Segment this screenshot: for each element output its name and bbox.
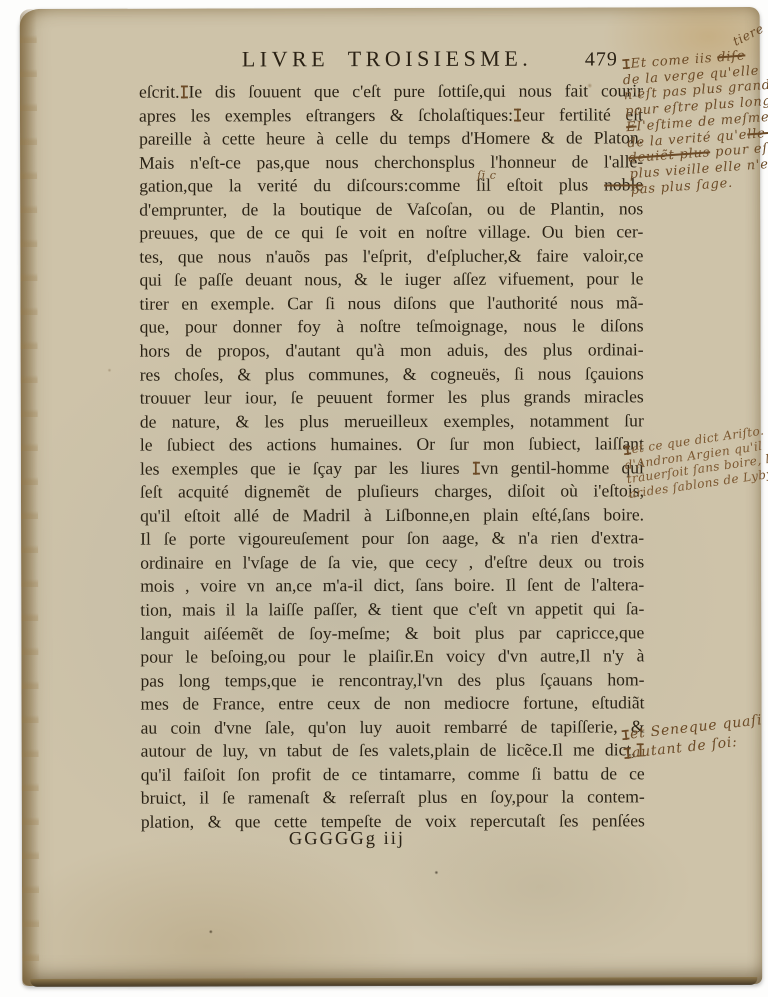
text-line: pareille à cette heure à celle du temps …: [139, 126, 643, 151]
text-line: Il ſe porte vigoureuſement pour ſon aage…: [140, 527, 644, 552]
text-line: languit aiſéemẽt de ſoy-meſme; & boit pl…: [140, 621, 644, 646]
text-line: hors de propos, d'autant qu'à mon aduis,…: [140, 338, 644, 363]
text-line: trouuer leur iour, ſe peuuent former les…: [140, 385, 644, 410]
insertion-mark-icon: [180, 86, 187, 99]
insertion-mark-icon: [622, 729, 630, 740]
text-line: tion, mais il la laiſſe paſſer, & tient …: [140, 597, 644, 622]
text-line: preuues, que de ce qui ſe voit en noſtre…: [139, 221, 643, 246]
body-text-block: eſcrit.Ie dis ſouuent que c'eſt pure ſot…: [139, 79, 645, 834]
text-line: tirer en exemple. Car ſi nous diſons que…: [139, 291, 643, 316]
text-line: tes, que nous n'auõs pas l'eſprit, d'eſp…: [139, 244, 643, 269]
text-line: autour de luy, vn tabut de ſes valets,pl…: [141, 739, 645, 764]
running-header: LIVRE TROISIESME.: [242, 46, 533, 73]
insertion-mark-icon: [623, 446, 631, 456]
text-line: d'emprunter, de la boutique de Vaſcoſan,…: [139, 197, 643, 222]
text-line: pour le beſoing,ou pour le plaiſir.En vo…: [140, 644, 644, 669]
ink-strikethrough: diſe: [717, 48, 746, 65]
insertion-mark-icon: [473, 462, 480, 475]
text-line: qu'il eſtoit allé de Madril à Liſbonne,e…: [140, 503, 644, 528]
text-line: Mais n'eſt-ce pas,que nous cherchonsplus…: [139, 150, 643, 175]
text-line: gation,que la verité du diſcours:comme ſ…: [139, 174, 643, 199]
text-line: de nature, & les plus merueilleux exempl…: [140, 409, 644, 434]
insertion-mark-icon: [514, 108, 521, 121]
text-line: au coin d'vne ſale, qu'on luy auoit remb…: [141, 715, 645, 740]
interlinear-insertion: tiere: [730, 20, 766, 48]
text-line: ſeſt acquité dignemẽt de pluſieurs charg…: [140, 480, 644, 505]
insertion-mark-icon: [622, 59, 630, 69]
text-line: ordinaire en l'vſage de ſa vie, que cecy…: [140, 550, 644, 575]
text-line: les exemples que ie ſçay par les liures …: [140, 456, 644, 481]
ink-strikethrough: lle n: [747, 125, 768, 142]
signature-mark: GGGGGg iij: [141, 828, 645, 850]
text-line: qui ſe paſſe deuant nous, & le iuger aſſ…: [139, 268, 643, 293]
text-line: eſcrit.Ie dis ſouuent que c'eſt pure ſot…: [139, 79, 643, 104]
page-number: 479: [585, 48, 618, 71]
book-page: LIVRE TROISIESME. 479 eſcrit.Ie dis ſouu…: [20, 7, 763, 986]
text-line: pas long temps,que ie rencontray,l'vn de…: [140, 668, 644, 693]
margin-note-top: Et come iis diſede la verge qu'ellen'eſt…: [621, 45, 768, 198]
text-line: mes de France, entre ceux de non mediocr…: [141, 692, 645, 717]
ink-strikethrough: E: [626, 119, 637, 135]
text-line: res choſes, & plus communes, & cogneuës,…: [140, 362, 644, 387]
text-line: qu'il faiſoit ſon profit de ce tintamarr…: [141, 762, 645, 787]
text-line: apres les exemples eſtrangers & ſcholaſt…: [139, 103, 643, 128]
text-line: mois , voire vn an,ce m'a-il dict, ſans …: [140, 574, 644, 599]
text-line: que, pour donner foy à noſtre teſmoignag…: [140, 315, 644, 340]
scanned-page-photo: LIVRE TROISIESME. 479 eſcrit.Ie dis ſouu…: [0, 0, 768, 997]
text-line: bruict, il ſe ramenaſt & reſerraſt plus …: [141, 786, 645, 811]
insertion-mark-icon: [624, 748, 632, 759]
text-line: le ſubiect des actions humaines. Or ſur …: [140, 433, 644, 458]
